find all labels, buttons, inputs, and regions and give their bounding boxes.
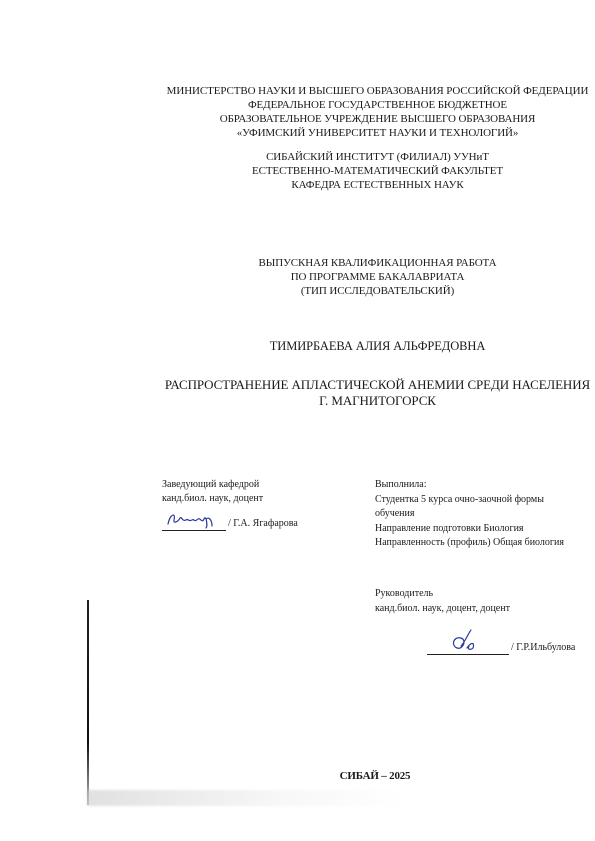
thesis-type-line: ВЫПУСКНАЯ КВАЛИФИКАЦИОННАЯ РАБОТА <box>160 256 595 270</box>
head-of-department-block: Заведующий кафедрой канд.биол. наук, доц… <box>162 478 342 531</box>
thesis-title: РАСПРОСТРАНЕНИЕ АПЛАСТИЧЕСКОЙ АНЕМИИ СРЕ… <box>160 377 595 409</box>
study-profile: Направленность (профиль) Общая биология <box>375 536 590 551</box>
head-degree: канд.биол. наук, доцент <box>162 492 342 506</box>
study-direction: Направление подготовки Биология <box>375 522 590 537</box>
completed-by-block: Выполнила: Студентка 5 курса очно-заочно… <box>375 478 590 551</box>
author-name-text: ТИМИРБАЕВА АЛИЯ АЛЬФРЕДОВНА <box>160 338 595 354</box>
thesis-title-line: РАСПРОСТРАНЕНИЕ АПЛАСТИЧЕСКОЙ АНЕМИИ СРЕ… <box>160 377 595 393</box>
head-name: / Г.А. Ягафарова <box>228 518 298 529</box>
scan-edge-artifact <box>87 600 89 805</box>
ministry-line: ФЕДЕРАЛЬНОЕ ГОСУДАРСТВЕННОЕ БЮДЖЕТНОЕ <box>160 98 595 112</box>
thesis-type: ВЫПУСКНАЯ КВАЛИФИКАЦИОННАЯ РАБОТА ПО ПРО… <box>160 256 595 298</box>
author-name: ТИМИРБАЕВА АЛИЯ АЛЬФРЕДОВНА <box>160 338 595 354</box>
university-name: «УФИМСКИЙ УНИВЕРСИТЕТ НАУКИ И ТЕХНОЛОГИЙ… <box>160 126 595 140</box>
signature-icon <box>162 510 226 530</box>
document-page: МИНИСТЕРСТВО НАУКИ И ВЫСШЕГО ОБРАЗОВАНИЯ… <box>0 0 595 841</box>
supervisor-block: Руководитель канд.биол. наук, доцент, до… <box>375 587 590 655</box>
supervisor-degree: канд.биол. наук, доцент, доцент <box>375 602 590 617</box>
supervisor-signature <box>427 638 509 655</box>
institute-name: СИБАЙСКИЙ ИНСТИТУТ (ФИЛИАЛ) УУНиТ <box>160 150 595 164</box>
institute-header: СИБАЙСКИЙ ИНСТИТУТ (ФИЛИАЛ) УУНиТ ЕСТЕСТ… <box>160 150 595 192</box>
ministry-line: МИНИСТЕРСТВО НАУКИ И ВЫСШЕГО ОБРАЗОВАНИЯ… <box>160 84 595 98</box>
department-name: КАФЕДРА ЕСТЕСТВЕННЫХ НАУК <box>160 178 595 192</box>
faculty-name: ЕСТЕСТВЕННО-МАТЕМАТИЧЕСКИЙ ФАКУЛЬТЕТ <box>160 164 595 178</box>
signature-icon <box>427 628 509 654</box>
student-course: Студентка 5 курса очно-заочной формы <box>375 493 590 508</box>
thesis-title-line: Г. МАГНИТОГОРСК <box>160 393 595 409</box>
thesis-type-line: (ТИП ИССЛЕДОВАТЕЛЬСКИЙ) <box>160 284 595 298</box>
scan-shadow-artifact <box>87 790 407 806</box>
thesis-type-line: ПО ПРОГРАММЕ БАКАЛАВРИАТА <box>160 270 595 284</box>
city-year: СИБАЙ – 2025 <box>300 770 450 782</box>
supervisor-signature-row: / Г.Р.Ильбулова <box>375 638 590 655</box>
ministry-header: МИНИСТЕРСТВО НАУКИ И ВЫСШЕГО ОБРАЗОВАНИЯ… <box>160 84 595 140</box>
head-signature <box>162 514 226 531</box>
supervisor-name: / Г.Р.Ильбулова <box>511 642 575 653</box>
ministry-line: ОБРАЗОВАТЕЛЬНОЕ УЧРЕЖДЕНИЕ ВЫСШЕГО ОБРАЗ… <box>160 112 595 126</box>
head-signature-row: / Г.А. Ягафарова <box>162 514 342 531</box>
head-role: Заведующий кафедрой <box>162 478 342 492</box>
supervisor-role: Руководитель <box>375 587 590 602</box>
student-course-cont: обучения <box>375 507 590 522</box>
completed-by-label: Выполнила: <box>375 478 590 493</box>
